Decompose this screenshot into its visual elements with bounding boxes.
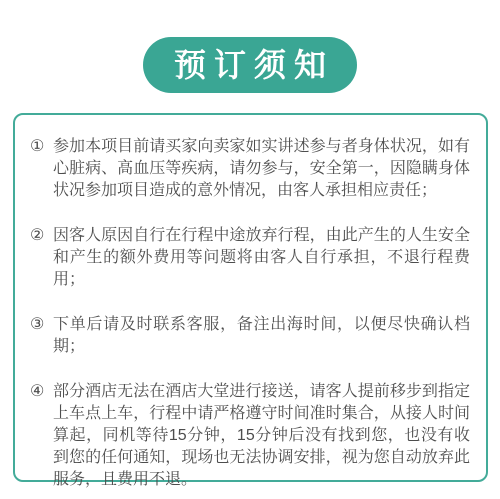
notice-title-banner: 预订须知 <box>143 37 357 93</box>
notice-item: ① 参加本项目前请买家向卖家如实讲述参与者身体状况，如有心脏病、高血压等疾病，请… <box>30 136 470 202</box>
booking-notice-page: 预订须知 ① 参加本项目前请买家向卖家如实讲述参与者身体状况，如有心脏病、高血压… <box>0 0 500 499</box>
notice-item: ② 因客人原因自行在行程中途放弃行程，由此产生的人生安全和产生的额外费用等问题将… <box>30 225 470 291</box>
item-text-4: 部分酒店无法在酒店大堂进行接送，请客人提前移步到指定上车点上车，行程中请严格遵守… <box>53 381 470 491</box>
notice-item: ③ 下单后请及时联系客服，备注出海时间，以便尽快确认档期； <box>30 314 470 358</box>
item-number-3: ③ <box>30 314 48 336</box>
item-number-1: ① <box>30 136 48 158</box>
item-text-3: 下单后请及时联系客服，备注出海时间，以便尽快确认档期； <box>53 314 470 358</box>
notice-title: 预订须知 <box>166 49 334 81</box>
item-number-4: ④ <box>30 381 48 403</box>
item-text-2: 因客人原因自行在行程中途放弃行程，由此产生的人生安全和产生的额外费用等问题将由客… <box>53 225 470 291</box>
notice-box: ① 参加本项目前请买家向卖家如实讲述参与者身体状况，如有心脏病、高血压等疾病，请… <box>13 113 488 482</box>
item-text-1: 参加本项目前请买家向卖家如实讲述参与者身体状况，如有心脏病、高血压等疾病，请勿参… <box>53 136 470 202</box>
item-number-2: ② <box>30 225 48 247</box>
notice-item: ④ 部分酒店无法在酒店大堂进行接送，请客人提前移步到指定上车点上车，行程中请严格… <box>30 381 470 491</box>
